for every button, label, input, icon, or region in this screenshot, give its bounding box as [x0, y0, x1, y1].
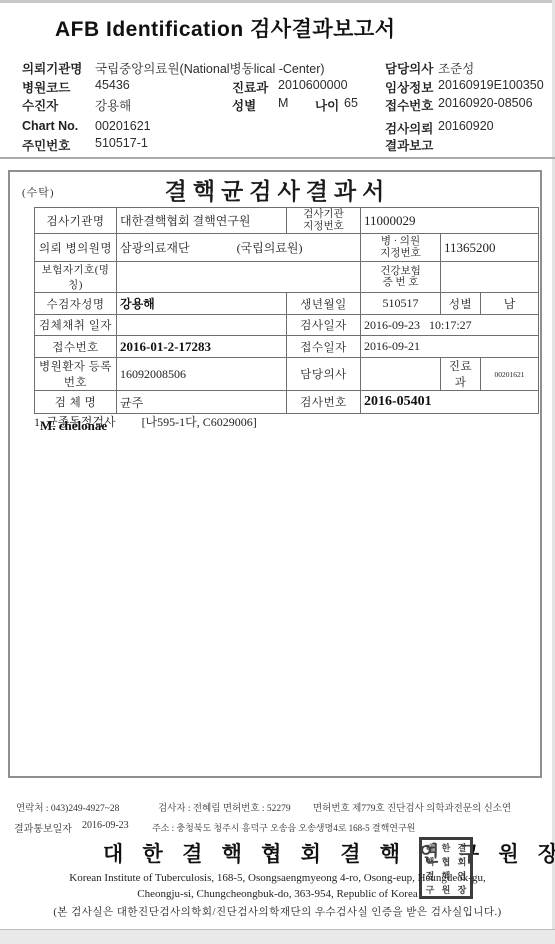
value-receipt-no: 2016-01-2-17283 — [117, 336, 287, 358]
footer-report-date: 2016-09-23 — [82, 820, 129, 831]
label-testing-org-no: 검사기관 지정번호 — [287, 208, 361, 234]
label-doctor: 담당의사 — [385, 59, 433, 77]
seal-character: 한 — [438, 840, 454, 854]
footer-contact: 연락처 : 043)249-4927~28 — [16, 800, 119, 814]
label-health-insurance-no: 건강보험 증 번 호 — [361, 262, 441, 293]
label-examinee-name: 수검자성명 — [35, 293, 117, 315]
value-accession-no: 20160920-08506 — [438, 96, 533, 110]
scan-bottom-strip — [0, 929, 555, 944]
value-hospital-code: 45436 — [95, 78, 130, 92]
table-row: 접수번호 2016-01-2-17283 접수일자 2016-09-21 — [35, 336, 539, 358]
value-age: 65 — [344, 96, 358, 110]
value-insurer-code — [117, 262, 361, 293]
value-doctor: 조준성 — [438, 59, 474, 77]
label-attending-doctor: 담당의사 — [287, 358, 361, 391]
value-health-insurance-no — [441, 262, 539, 293]
label-receipt-no: 접수번호 — [35, 336, 117, 358]
value-department: 2010600000 — [278, 78, 348, 92]
footer-certification-note: (본 검사실은 대한진단검사의학회/진단검사의학재단의 우수검사실 인증을 받은… — [0, 904, 555, 919]
value-referring-clinic-note: (국립의료원) — [237, 241, 303, 255]
label-sex: 성별 — [232, 96, 256, 114]
table-row: 수검자성명 강용해 생년월일 510517 성별 남 — [35, 293, 539, 315]
value-attending-doctor — [361, 358, 441, 391]
label-dept: 진료과 — [441, 358, 481, 391]
value-examinee-name: 강용해 — [117, 293, 287, 315]
document-title: 결핵균검사결과서 — [0, 173, 555, 206]
value-requesting-org: 국립중앙의료원(National병동lical -Center) — [95, 59, 325, 77]
table-row: 의뢰 병의원명 삼광의료재단 (국립의료원) 병 · 의원 지정번호 11365… — [35, 234, 539, 262]
value-hospital-patient-no: 16092008506 — [117, 358, 287, 391]
institute-name-line: 대 한 결 핵 협 회 결 핵 연 구 원 장 — [103, 838, 555, 868]
value-examinee-sex: 남 — [481, 293, 539, 315]
header-row-resident-id: 주민번호 510517-1 결과보고 — [0, 136, 555, 153]
value-sex: M — [278, 96, 288, 110]
footer-address-en-2: Cheongju-si, Chungcheongbuk-do, 363-954,… — [0, 888, 555, 900]
page-title: AFB Identification 검사결과보고서 — [55, 13, 396, 43]
label-chart-no: Chart No. — [22, 119, 78, 133]
value-test-date: 2016-09-23 10:17:27 — [361, 315, 539, 336]
value-test-request-date: 20160920 — [438, 119, 494, 133]
value-patient: 강용해 — [95, 96, 131, 114]
label-department: 진료과 — [232, 78, 268, 96]
header-row-institution: 의뢰기관명 국립중앙의료원(National병동lical -Center) 담… — [0, 59, 555, 76]
seal-character: 협 — [438, 854, 454, 868]
label-collection-date: 검체채취 일자 — [35, 315, 117, 336]
label-receipt-date: 접수일자 — [287, 336, 361, 358]
table-row: 보험자기호(명칭) 건강보험 증 번 호 — [35, 262, 539, 293]
table-row: 검체채취 일자 검사일자 2016-09-23 10:17:27 — [35, 315, 539, 336]
label-patient: 수진자 — [22, 96, 58, 114]
header-separator — [0, 157, 555, 159]
value-testing-org: 대한결핵협회 결핵연구원 — [117, 208, 287, 234]
value-dept: 00201621 — [481, 358, 539, 391]
footer-address-en-1: Korean Institute of Tuberculosis, 168-5,… — [0, 872, 555, 884]
label-test-request-date: 검사의뢰 — [385, 119, 433, 137]
value-testing-org-no: 11000029 — [361, 208, 539, 234]
seal-character: 대 — [422, 840, 438, 854]
value-test-no: 2016-05401 — [361, 391, 539, 414]
value-resident-id: 510517-1 — [95, 136, 148, 150]
value-clinical-info: 20160919E100350 — [438, 78, 544, 92]
label-requesting-org: 의뢰기관명 — [22, 59, 82, 77]
label-referring-clinic: 의뢰 병의원명 — [35, 234, 117, 262]
label-resident-id: 주민번호 — [22, 136, 70, 154]
seal-character: 결 — [454, 840, 470, 854]
value-clinic-no: 11365200 — [441, 234, 539, 262]
result-organism: M. chelonae — [40, 418, 107, 434]
label-test-no: 검사번호 — [287, 391, 361, 414]
label-examinee-sex: 성별 — [441, 293, 481, 315]
label-hospital-code: 병원코드 — [22, 78, 70, 96]
report-page: AFB Identification 검사결과보고서 의뢰기관명 국립중앙의료원… — [0, 0, 555, 944]
value-chart-no: 00201621 — [95, 119, 151, 133]
result-info-table: 검사기관명 대한결핵협회 결핵연구원 검사기관 지정번호 11000029 의뢰… — [34, 207, 539, 414]
scan-top-edge — [0, 0, 555, 3]
value-referring-clinic-name: 삼광의료재단 — [120, 241, 190, 255]
label-clinical-info: 임상정보 — [385, 78, 433, 96]
label-accession-no: 접수번호 — [385, 96, 433, 114]
label-hospital-patient-no: 병원환자 등록번호 — [35, 358, 117, 391]
value-referring-clinic: 삼광의료재단 (국립의료원) — [117, 234, 361, 262]
result-test-code: [나595-1다, C6029006] — [142, 415, 257, 429]
header-row-hospital-code: 병원코드 45436 진료과 2010600000 임상정보 20160919E… — [0, 78, 555, 95]
label-birth-date: 생년월일 — [287, 293, 361, 315]
header-row-chart: Chart No. 00201621 검사의뢰 20160920 — [0, 119, 555, 136]
value-receipt-date: 2016-09-21 — [361, 336, 539, 358]
label-age: 나이 — [315, 96, 339, 114]
table-row: 병원환자 등록번호 16092008506 담당의사 진료과 00201621 — [35, 358, 539, 391]
seal-character: 회 — [454, 854, 470, 868]
header-row-patient: 수진자 강용해 성별 M 나이 65 접수번호 20160920-08506 — [0, 96, 555, 113]
label-testing-org: 검사기관명 — [35, 208, 117, 234]
footer-specialist: 면허번호 제779호 진단검사 의학과전문의 신소연 — [313, 800, 511, 814]
table-row: 검사기관명 대한결핵협회 결핵연구원 검사기관 지정번호 11000029 — [35, 208, 539, 234]
label-test-date: 검사일자 — [287, 315, 361, 336]
label-clinic-no: 병 · 의원 지정번호 — [361, 234, 441, 262]
footer-address-kr: 주소 : 충청북도 청주시 흥덕구 오송읍 오송생명4로 168-5 결핵연구원 — [152, 821, 415, 834]
label-result-report: 결과보고 — [385, 136, 433, 154]
label-insurer-code: 보험자기호(명칭) — [35, 262, 117, 293]
footer-examiner: 검사자 : 전혜림 면허번호 : 52279 — [158, 800, 291, 814]
value-collection-date — [117, 315, 287, 336]
value-birth-date: 510517 — [361, 293, 441, 315]
seal-character: 핵 — [422, 854, 438, 868]
footer-report-date-label: 결과통보일자 — [14, 820, 72, 835]
